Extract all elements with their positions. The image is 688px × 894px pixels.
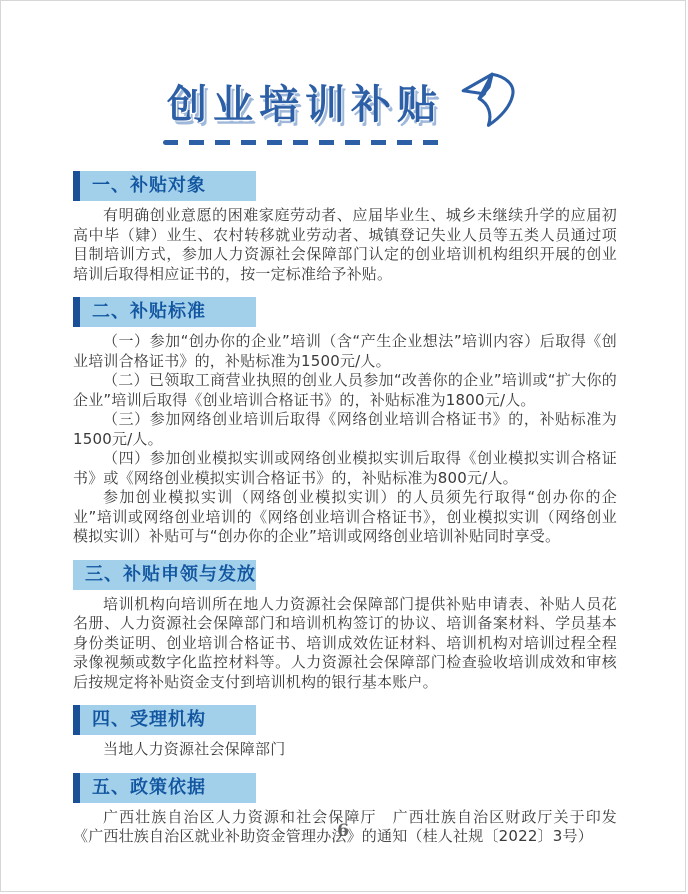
- section-paragraphs: 有明确创业意愿的困难家庭劳动者、应届毕业生、城乡未继续升学的应届初高中毕（肄）业…: [73, 206, 617, 284]
- heading-accent-bar: [73, 705, 80, 735]
- section-paragraphs: 当地人力资源社会保障部门: [73, 740, 617, 760]
- section-heading: 三、补贴申领与发放: [73, 560, 256, 590]
- section-heading-label: 二、补贴标准: [80, 297, 256, 327]
- paper-bird-icon: [457, 69, 523, 129]
- paragraph: （三）参加网络创业培训后取得《网络创业培训合格证书》的，补贴标准为1500元/人…: [73, 410, 617, 449]
- page-number: 6: [1, 821, 685, 841]
- paragraph: 当地人力资源社会保障部门: [73, 740, 617, 760]
- section-heading: 五、政策依据: [73, 773, 256, 803]
- paragraph: 参加创业模拟实训（网络创业模拟实训）的人员须先行取得“创办你的企业”培训或网络创…: [73, 488, 617, 547]
- document-title-row: 创业培训补贴: [73, 73, 617, 145]
- section-heading: 二、补贴标准: [73, 297, 256, 327]
- paragraph: 有明确创业意愿的困难家庭劳动者、应届毕业生、城乡未继续升学的应届初高中毕（肄）业…: [73, 206, 617, 284]
- heading-accent-bar: [73, 773, 80, 803]
- section-heading-label: 四、受理机构: [80, 705, 256, 735]
- section: 二、补贴标准 （一）参加“创办你的企业”培训（含“产生企业想法”培训内容）后取得…: [73, 297, 617, 547]
- section-heading-label: 五、政策依据: [80, 773, 256, 803]
- paragraph: （一）参加“创办你的企业”培训（含“产生企业想法”培训内容）后取得《创业培训合格…: [73, 332, 617, 371]
- section-heading: 四、受理机构: [73, 705, 256, 735]
- section-paragraphs: （一）参加“创办你的企业”培训（含“产生企业想法”培训内容）后取得《创业培训合格…: [73, 332, 617, 547]
- section: 四、受理机构 当地人力资源社会保障部门: [73, 705, 617, 760]
- section-heading-label: 一、补贴对象: [80, 171, 256, 201]
- document-page: 创业培训补贴 一、补贴对象 有明确创业意愿的困难家庭劳动者、应届毕业生、城乡未继…: [0, 0, 686, 892]
- paragraph: （二）已领取工商营业执照的创业人员参加“改善你的企业”培训或“扩大你的企业”培训…: [73, 371, 617, 410]
- paragraph: （四）参加创业模拟实训或网络创业模拟实训后取得《创业模拟实训合格证书》或《网络创…: [73, 449, 617, 488]
- title-dashed-underline: [163, 140, 447, 145]
- section: 三、补贴申领与发放 培训机构向培训所在地人力资源社会保障部门提供补贴申请表、补贴…: [73, 560, 617, 693]
- page-title: 创业培训补贴: [167, 73, 443, 130]
- paragraph: 培训机构向培训所在地人力资源社会保障部门提供补贴申请表、补贴人员花名册、人力资源…: [73, 595, 617, 693]
- section: 一、补贴对象 有明确创业意愿的困难家庭劳动者、应届毕业生、城乡未继续升学的应届初…: [73, 171, 617, 284]
- section-paragraphs: 培训机构向培训所在地人力资源社会保障部门提供补贴申请表、补贴人员花名册、人力资源…: [73, 595, 617, 693]
- sections-container: 一、补贴对象 有明确创业意愿的困难家庭劳动者、应届毕业生、城乡未继续升学的应届初…: [73, 171, 617, 847]
- heading-accent-bar: [73, 171, 80, 201]
- heading-accent-bar: [73, 297, 80, 327]
- section-heading-label: 三、补贴申领与发放: [73, 560, 256, 590]
- title-block: 创业培训补贴: [167, 73, 443, 145]
- section-heading: 一、补贴对象: [73, 171, 256, 201]
